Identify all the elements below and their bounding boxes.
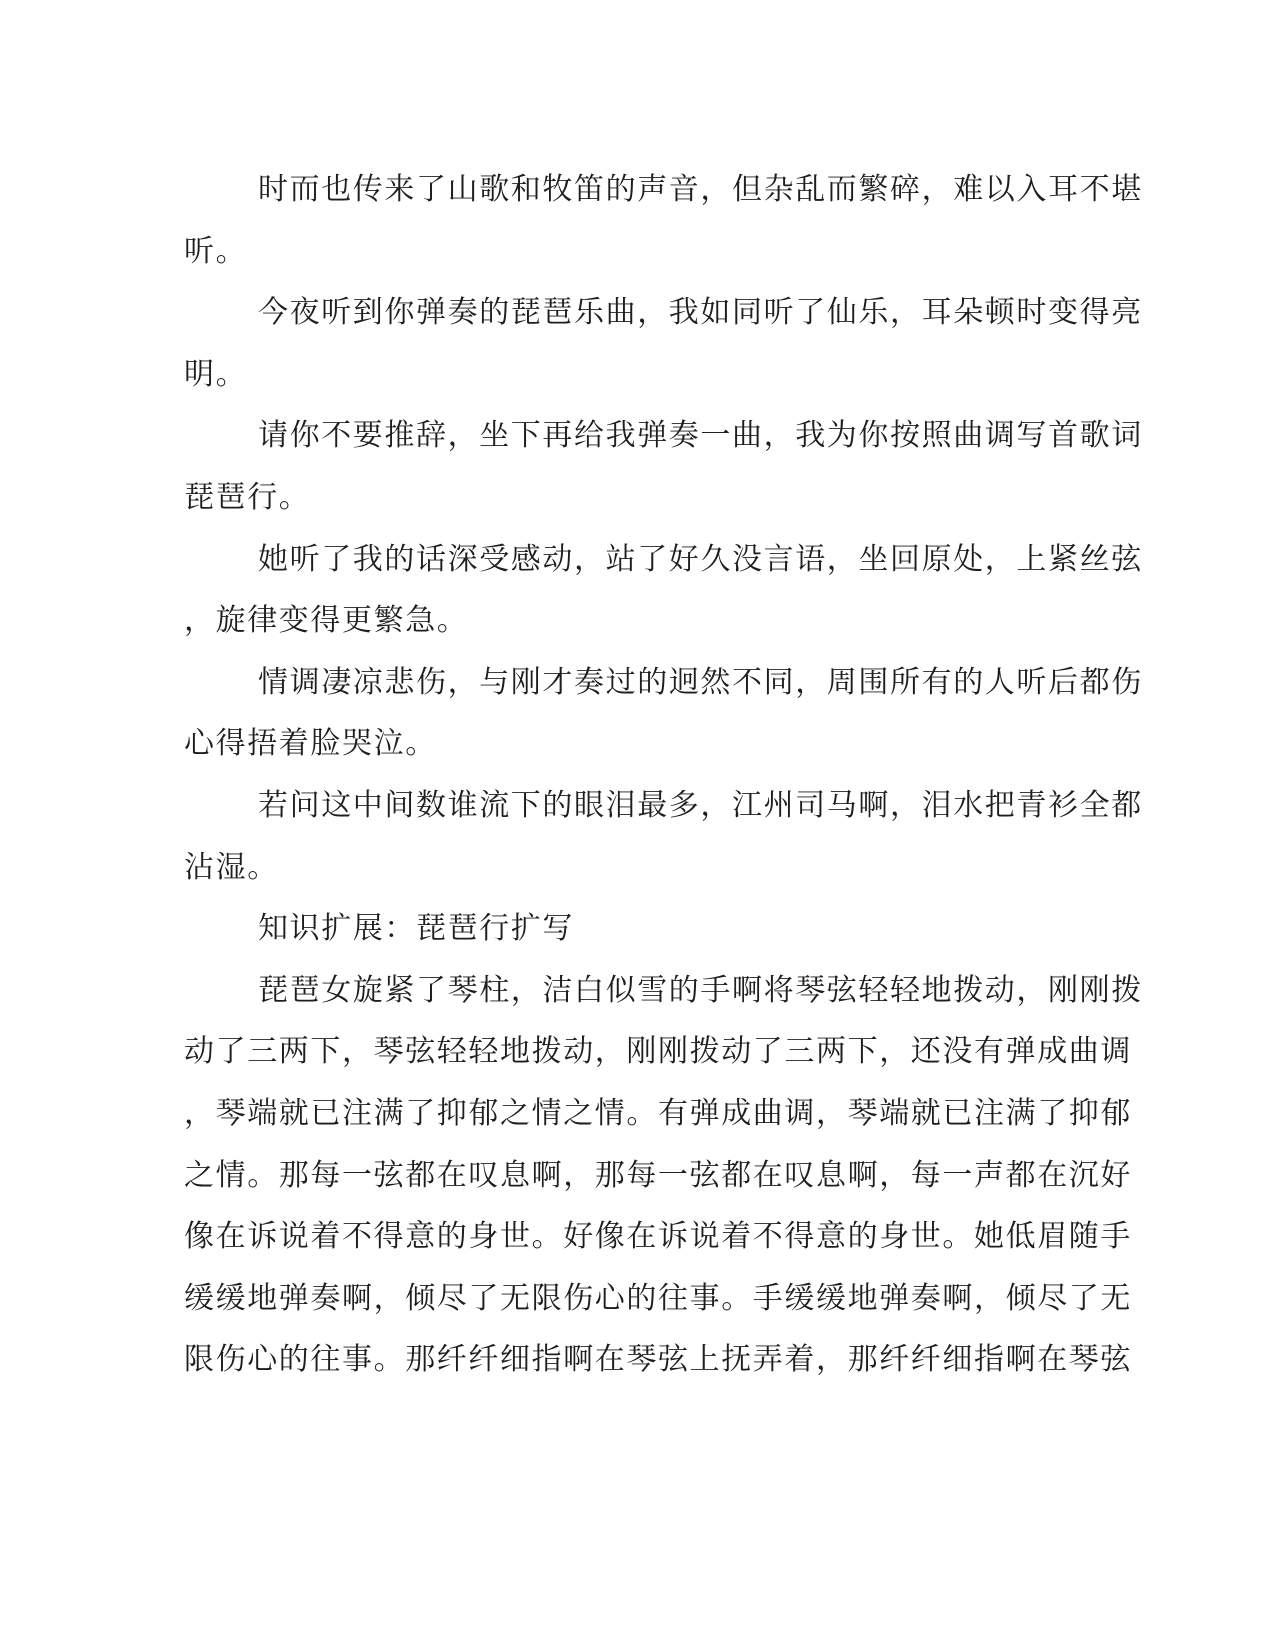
text-line: ，旋律变得更繁急。 bbox=[184, 590, 1149, 652]
text-line: 请你不要推辞，坐下再给我弹奏一曲，我为你按照曲调写首歌词 bbox=[184, 405, 1149, 467]
text-line: 她听了我的话深受感动，站了好久没言语，坐回原处，上紧丝弦 bbox=[184, 529, 1149, 591]
text-line: 缓缓地弹奏啊，倾尽了无限伤心的往事。手缓缓地弹奏啊，倾尽了无 bbox=[184, 1268, 1149, 1330]
text-line: 像在诉说着不得意的身世。好像在诉说着不得意的身世。她低眉随手 bbox=[184, 1206, 1149, 1268]
text-line: 情调凄凉悲伤，与刚才奏过的迥然不同，周围所有的人听后都伤 bbox=[184, 652, 1149, 714]
text-line: 之情。那每一弦都在叹息啊，那每一弦都在叹息啊，每一声都在沉好 bbox=[184, 1145, 1149, 1207]
text-line: 今夜听到你弹奏的琵琶乐曲，我如同听了仙乐，耳朵顿时变得亮 bbox=[184, 282, 1149, 344]
text-line: 明。 bbox=[184, 344, 1149, 406]
text-line: 限伤心的往事。那纤纤细指啊在琴弦上抚弄着，那纤纤细指啊在琴弦 bbox=[184, 1329, 1149, 1391]
text-line: 琵琶行。 bbox=[184, 467, 1149, 529]
text-line: 沾湿。 bbox=[184, 837, 1149, 899]
text-line: 时而也传来了山歌和牧笛的声音，但杂乱而繁碎，难以入耳不堪 bbox=[184, 159, 1149, 221]
text-line: 听。 bbox=[184, 221, 1149, 283]
text-line: 动了三两下，琴弦轻轻地拨动，刚刚拨动了三两下，还没有弹成曲调 bbox=[184, 1021, 1149, 1083]
document-page: 时而也传来了山歌和牧笛的声音，但杂乱而繁碎，难以入耳不堪 听。 今夜听到你弹奏的… bbox=[0, 0, 1275, 1650]
text-line: 心得捂着脸哭泣。 bbox=[184, 713, 1149, 775]
document-body: 时而也传来了山歌和牧笛的声音，但杂乱而繁碎，难以入耳不堪 听。 今夜听到你弹奏的… bbox=[184, 159, 1149, 1391]
text-line: ，琴端就已注满了抑郁之情之情。有弹成曲调，琴端就已注满了抑郁 bbox=[184, 1083, 1149, 1145]
text-line: 若问这中间数谁流下的眼泪最多，江州司马啊，泪水把青衫全都 bbox=[184, 775, 1149, 837]
text-line: 琵琶女旋紧了琴柱，洁白似雪的手啊将琴弦轻轻地拨动，刚刚拨 bbox=[184, 960, 1149, 1022]
section-heading-line: 知识扩展：琵琶行扩写 bbox=[184, 898, 1149, 960]
